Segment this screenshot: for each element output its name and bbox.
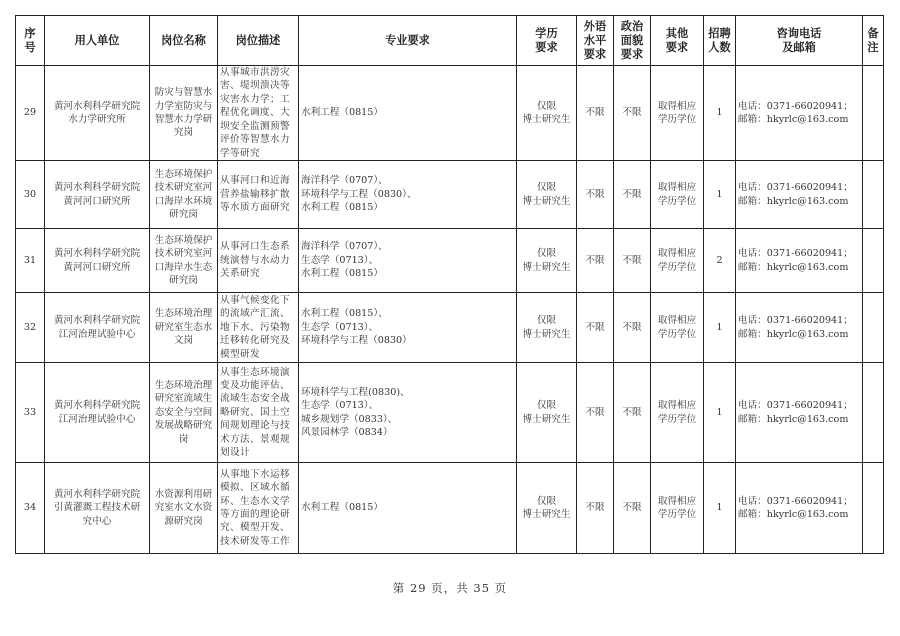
position-name-cell: 生态环境保护技术研究室河口海岸水生态研究岗 bbox=[150, 229, 218, 293]
language-cell: 不限 bbox=[577, 229, 614, 293]
position-desc-cell: 从事城市洪涝灾害、堤坝溃决等灾害水力学；工程优化调度、大坝安全监测预警评价等智慧… bbox=[218, 66, 299, 161]
headcount-cell: 1 bbox=[704, 293, 736, 363]
headcount-cell: 1 bbox=[704, 363, 736, 463]
position-desc-cell: 从事生态环境演变及功能评估、流域生态安全战略研究、国土空间规划理论与技术方法、景… bbox=[218, 363, 299, 463]
other-req-cell: 取得相应学历学位 bbox=[651, 161, 704, 229]
employer-cell: 黄河水利科学研究院黄河河口研究所 bbox=[45, 229, 150, 293]
table-row: 32 黄河水利科学研究院江河治理试验中心 生态环境治理研究室生态水文岗 从事气候… bbox=[16, 293, 884, 363]
remarks-cell bbox=[863, 66, 884, 161]
header-remarks: 备注 bbox=[863, 16, 884, 66]
position-desc-cell: 从事气候变化下的流域产汇流、地下水、污染物迁移转化研究及模型研发 bbox=[218, 293, 299, 363]
header-position-desc: 岗位描述 bbox=[218, 16, 299, 66]
contact-cell: 电话：0371-66020941；邮箱：hkyrlc@163.com bbox=[736, 363, 863, 463]
table-row: 30 黄河水利科学研究院黄河河口研究所 生态环境保护技术研究室河口海岸水环境研究… bbox=[16, 161, 884, 229]
political-cell: 不限 bbox=[614, 66, 651, 161]
contact-cell: 电话：0371-66020941；邮箱：hkyrlc@163.com bbox=[736, 463, 863, 554]
headcount-cell: 1 bbox=[704, 66, 736, 161]
recruitment-table: 序号 用人单位 岗位名称 岗位描述 专业要求 学历要求 外语水平要求 政治面貌要… bbox=[15, 15, 884, 554]
position-name-cell: 生态环境治理研究室生态水文岗 bbox=[150, 293, 218, 363]
contact-cell: 电话：0371-66020941；邮箱：hkyrlc@163.com bbox=[736, 229, 863, 293]
language-cell: 不限 bbox=[577, 161, 614, 229]
political-cell: 不限 bbox=[614, 293, 651, 363]
remarks-cell bbox=[863, 161, 884, 229]
header-position-name: 岗位名称 bbox=[150, 16, 218, 66]
contact-cell: 电话：0371-66020941；邮箱：hkyrlc@163.com bbox=[736, 293, 863, 363]
headcount-cell: 2 bbox=[704, 229, 736, 293]
political-cell: 不限 bbox=[614, 463, 651, 554]
remarks-cell bbox=[863, 293, 884, 363]
seq-cell: 30 bbox=[16, 161, 45, 229]
seq-cell: 33 bbox=[16, 363, 45, 463]
language-cell: 不限 bbox=[577, 293, 614, 363]
education-cell: 仅限博士研究生 bbox=[517, 229, 577, 293]
major-cell: 水利工程（0815） bbox=[299, 66, 517, 161]
position-name-cell: 防灾与智慧水力学室防灾与智慧水力学研究岗 bbox=[150, 66, 218, 161]
education-cell: 仅限博士研究生 bbox=[517, 66, 577, 161]
table-row: 31 黄河水利科学研究院黄河河口研究所 生态环境保护技术研究室河口海岸水生态研究… bbox=[16, 229, 884, 293]
language-cell: 不限 bbox=[577, 66, 614, 161]
header-contact: 咨询电话及邮箱 bbox=[736, 16, 863, 66]
table-row: 29 黄河水利科学研究院水力学研究所 防灾与智慧水力学室防灾与智慧水力学研究岗 … bbox=[16, 66, 884, 161]
major-cell: 水利工程（0815）、生态学（0713）、环境科学与工程（0830） bbox=[299, 293, 517, 363]
employer-cell: 黄河水利科学研究院水力学研究所 bbox=[45, 66, 150, 161]
header-seq: 序号 bbox=[16, 16, 45, 66]
language-cell: 不限 bbox=[577, 463, 614, 554]
seq-cell: 31 bbox=[16, 229, 45, 293]
headcount-cell: 1 bbox=[704, 161, 736, 229]
political-cell: 不限 bbox=[614, 229, 651, 293]
header-employer: 用人单位 bbox=[45, 16, 150, 66]
remarks-cell bbox=[863, 229, 884, 293]
major-cell: 海洋科学（0707）、环境科学与工程（0830）、水利工程（0815） bbox=[299, 161, 517, 229]
seq-cell: 34 bbox=[16, 463, 45, 554]
other-req-cell: 取得相应学历学位 bbox=[651, 66, 704, 161]
seq-cell: 29 bbox=[16, 66, 45, 161]
position-name-cell: 生态环境保护技术研究室河口海岸水环境研究岗 bbox=[150, 161, 218, 229]
position-name-cell: 水资源利用研究室水文水资源研究岗 bbox=[150, 463, 218, 554]
header-major: 专业要求 bbox=[299, 16, 517, 66]
headcount-cell: 1 bbox=[704, 463, 736, 554]
header-row: 序号 用人单位 岗位名称 岗位描述 专业要求 学历要求 外语水平要求 政治面貌要… bbox=[16, 16, 884, 66]
page-number: 第 29 页，共 35 页 bbox=[0, 580, 900, 596]
major-cell: 环境科学与工程(0830)、生态学（0713）、城乡规划学（0833）、风景园林… bbox=[299, 363, 517, 463]
other-req-cell: 取得相应学历学位 bbox=[651, 293, 704, 363]
language-cell: 不限 bbox=[577, 363, 614, 463]
major-cell: 海洋科学（0707）、生态学（0713）、水利工程（0815） bbox=[299, 229, 517, 293]
header-headcount: 招聘人数 bbox=[704, 16, 736, 66]
education-cell: 仅限博士研究生 bbox=[517, 161, 577, 229]
contact-cell: 电话：0371-66020941；邮箱：hkyrlc@163.com bbox=[736, 161, 863, 229]
table-row: 34 黄河水利科学研究院引黄灌溉工程技术研究中心 水资源利用研究室水文水资源研究… bbox=[16, 463, 884, 554]
other-req-cell: 取得相应学历学位 bbox=[651, 463, 704, 554]
employer-cell: 黄河水利科学研究院江河治理试验中心 bbox=[45, 363, 150, 463]
header-language: 外语水平要求 bbox=[577, 16, 614, 66]
education-cell: 仅限博士研究生 bbox=[517, 293, 577, 363]
position-desc-cell: 从事地下水运移模拟、区域水循环、生态水文学等方面的理论研究、模型开发、技术研发等… bbox=[218, 463, 299, 554]
header-other: 其他要求 bbox=[651, 16, 704, 66]
employer-cell: 黄河水利科学研究院黄河河口研究所 bbox=[45, 161, 150, 229]
education-cell: 仅限博士研究生 bbox=[517, 463, 577, 554]
education-cell: 仅限博士研究生 bbox=[517, 363, 577, 463]
seq-cell: 32 bbox=[16, 293, 45, 363]
political-cell: 不限 bbox=[614, 363, 651, 463]
major-cell: 水利工程（0815） bbox=[299, 463, 517, 554]
header-education: 学历要求 bbox=[517, 16, 577, 66]
remarks-cell bbox=[863, 463, 884, 554]
table-row: 33 黄河水利科学研究院江河治理试验中心 生态环境治理研究室流域生态安全与空间发… bbox=[16, 363, 884, 463]
header-political: 政治面貌要求 bbox=[614, 16, 651, 66]
other-req-cell: 取得相应学历学位 bbox=[651, 229, 704, 293]
position-desc-cell: 从事河口和近海营养盐输移扩散等水质方面研究 bbox=[218, 161, 299, 229]
position-desc-cell: 从事河口生态系统演替与水动力关系研究 bbox=[218, 229, 299, 293]
other-req-cell: 取得相应学历学位 bbox=[651, 363, 704, 463]
political-cell: 不限 bbox=[614, 161, 651, 229]
remarks-cell bbox=[863, 363, 884, 463]
position-name-cell: 生态环境治理研究室流域生态安全与空间发展战略研究岗 bbox=[150, 363, 218, 463]
contact-cell: 电话：0371-66020941；邮箱：hkyrlc@163.com bbox=[736, 66, 863, 161]
employer-cell: 黄河水利科学研究院江河治理试验中心 bbox=[45, 293, 150, 363]
employer-cell: 黄河水利科学研究院引黄灌溉工程技术研究中心 bbox=[45, 463, 150, 554]
